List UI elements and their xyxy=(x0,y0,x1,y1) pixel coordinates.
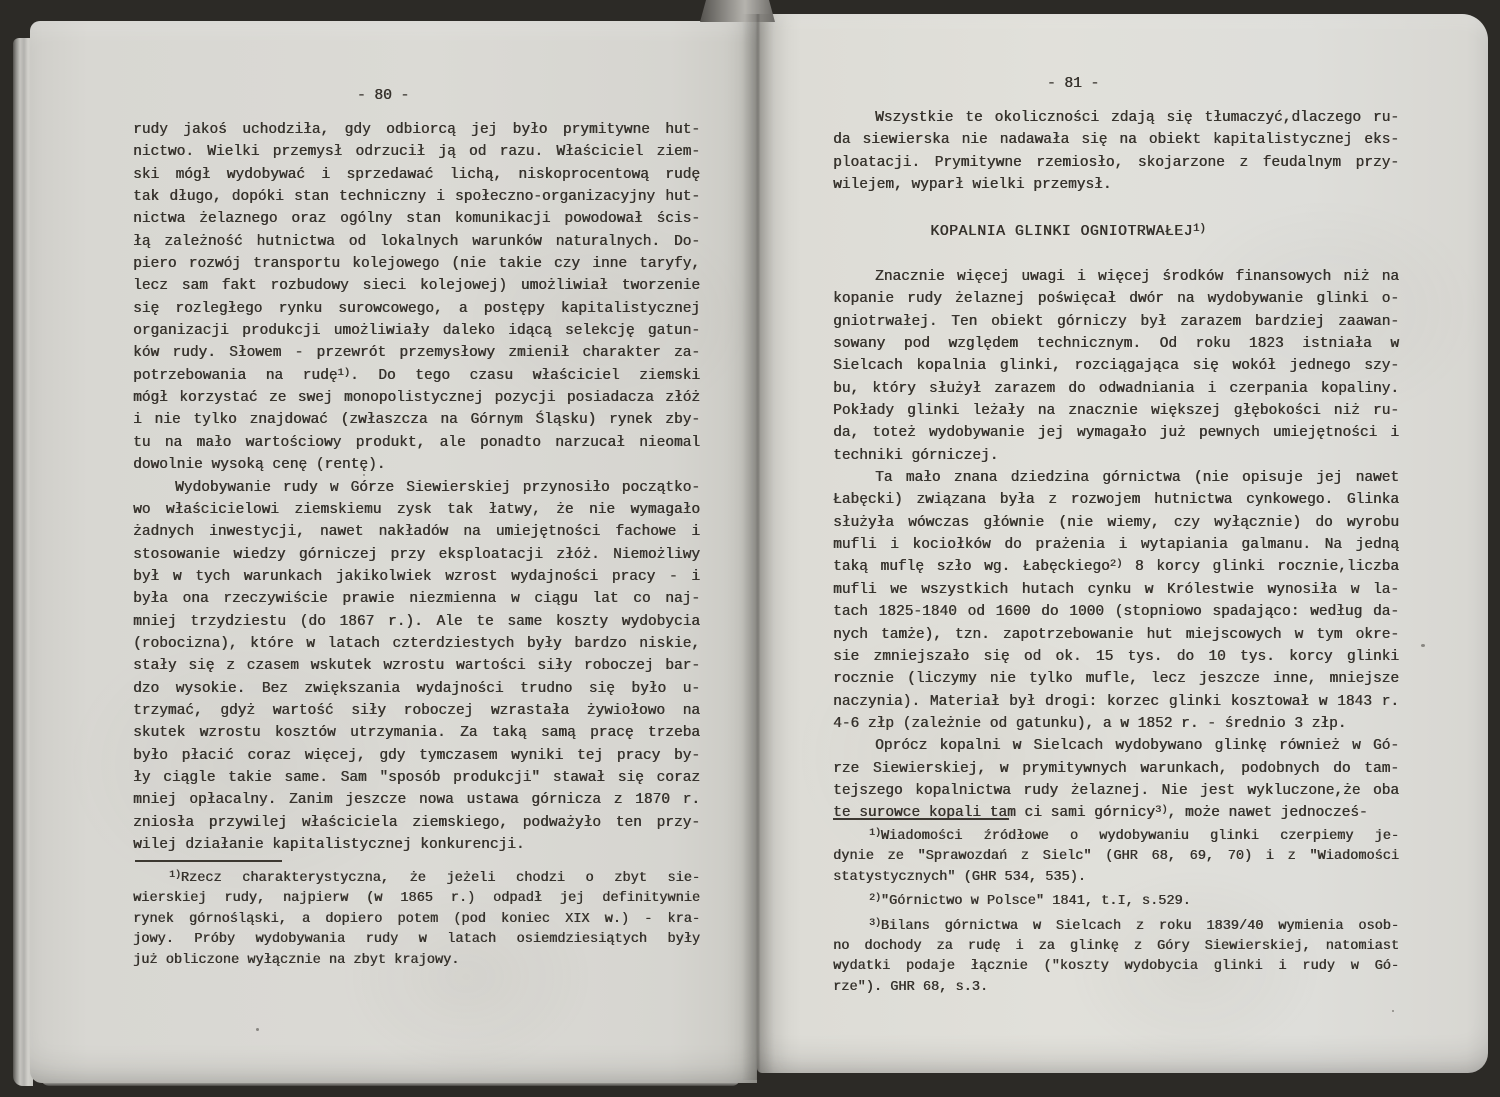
ink-speck xyxy=(1392,1010,1394,1012)
text-line: dzo wysokie. Bez zwiększania wydajności … xyxy=(133,678,700,700)
text-line: piero rozwój transportu kolejowego (nie … xyxy=(133,253,700,275)
text-line: ków rudy. Słowem - przewrót przemysłowy … xyxy=(133,342,700,364)
ink-speck xyxy=(363,474,365,476)
text-line: ploatacji. Prymitywne rzemiosło, skojarz… xyxy=(833,152,1399,174)
text-line: techniki górniczej. xyxy=(833,445,1399,467)
text-line: te surowce kopali tam ci sami górnicy3),… xyxy=(833,802,1399,824)
left-page-body: rudy jakoś uchodziła, gdy odbiorcą jej b… xyxy=(133,119,700,856)
text-line: mufli we wszystkich hutach cynku w Króle… xyxy=(833,579,1399,601)
text-line: jowy. Próby wydobywania rudy w latach os… xyxy=(133,930,700,950)
text-line: 3)Bilans górnictwa w Sielcach z roku 183… xyxy=(833,917,1399,937)
text-line: Oprócz kopalni w Sielcach wydobywano gli… xyxy=(833,735,1399,757)
text-line: taką muflę szło wg. Łabęckiego2) 8 korcy… xyxy=(833,556,1399,578)
text-line: trzymać, gdyż wartość siły roboczej wzra… xyxy=(133,700,700,722)
text-line: było płacić coraz więcej, gdy tymczasem … xyxy=(133,745,700,767)
text-line: rze"). GHR 68, s.3. xyxy=(833,978,1399,998)
book-spread-scan: - 80 - rudy jakoś uchodziła, gdy odbiorc… xyxy=(0,0,1500,1097)
text-line: lecz sam fakt rozbudowy sieci kolejowej)… xyxy=(133,275,700,297)
text-line: rze Siewierskiej, w prymitywnych warunka… xyxy=(833,758,1399,780)
text-line: dowolnie wysoką cenę (rentę). xyxy=(133,454,700,476)
right-footnote-separator xyxy=(833,818,1009,820)
text-line: tak długo, dopóki stan techniczny i społ… xyxy=(133,186,700,208)
text-line: nictwo. Wielki przemysł odrzucił ją od r… xyxy=(133,141,700,163)
text-line: potrzebowania na rudę1). Do tego czasu w… xyxy=(133,365,700,387)
text-line: mufli i kociołków do prażenia i wytapian… xyxy=(833,534,1399,556)
text-line: się rozległego rynku surowcowego, a post… xyxy=(133,298,700,320)
text-line: sowany pod względem technicznym. Od roku… xyxy=(833,333,1399,355)
paragraph: Wydobywanie rudy w Górze Siewierskiej pr… xyxy=(133,477,700,857)
text-line: organizacji produkcji umożliwiały daleko… xyxy=(133,320,700,342)
text-line: był w tych warunkach jakikolwiek wzrost … xyxy=(133,566,700,588)
ink-speck xyxy=(1421,644,1425,647)
text-line: dynie ze "Sprawozdań z Sielc" (GHR 68, 6… xyxy=(833,847,1399,867)
text-line: skutek wzrostu kosztów utrzymania. Za ta… xyxy=(133,722,700,744)
text-line: stosowanie wiedzy górniczej przy eksploa… xyxy=(133,544,700,566)
right-page-intro: Wszystkie te okoliczności zdają się tłum… xyxy=(833,107,1399,196)
text-line: rocznie (liczymy nie tylko mufle, lecz j… xyxy=(833,668,1399,690)
text-line: wydatki podaje łącznie ("koszty wydobyci… xyxy=(833,957,1399,977)
text-line: ły ciągle takie same. Sam "sposób produk… xyxy=(133,767,700,789)
text-line: Wydobywanie rudy w Górze Siewierskiej pr… xyxy=(133,477,700,499)
text-line: zniosła przywilej właściciela ziemskiego… xyxy=(133,812,700,834)
right-page-number: - 81 - xyxy=(833,76,1313,92)
text-line: rynek górnośląski, a dopiero potem (pod … xyxy=(133,910,700,930)
text-line: mógł korzystać ze swej monopolistycznej … xyxy=(133,387,700,409)
text-line: no dochody za rudę i za glinkę z Góry Si… xyxy=(833,937,1399,957)
text-line: gniotrwałej. Ten obiekt górniczy był zar… xyxy=(833,311,1399,333)
paragraph: 1)Wiadomości źródłowe o wydobywaniu glin… xyxy=(833,827,1399,888)
text-line: (robocizna), które w latach czterdziesty… xyxy=(133,633,700,655)
gutter-shadow xyxy=(742,14,774,1080)
paragraph: Ta mało znana dziedzina górnictwa (nie o… xyxy=(833,467,1399,735)
text-line: łą zależność hutnictwa od lokalnych waru… xyxy=(133,231,700,253)
text-line: da siewierska nie nadawała się na obiekt… xyxy=(833,129,1399,151)
left-page-number: - 80 - xyxy=(133,88,633,104)
text-line: naczynia). Materiał był drogi: korzec gl… xyxy=(833,691,1399,713)
text-line: tu na mało wartościowy produkt, ale pona… xyxy=(133,432,700,454)
text-line: tejszego kopalnictwa rudy żelaznej. Nie … xyxy=(833,780,1399,802)
text-line: i nie tylko znajdować (zwłaszcza na Górn… xyxy=(133,409,700,431)
text-line: była ona rzeczywiście prawie niezmienna … xyxy=(133,588,700,610)
text-line: wilejem, wyparł wielki przemysł. xyxy=(833,174,1399,196)
text-line: służyła wówczas głównie (nie wiemy, czy … xyxy=(833,512,1399,534)
text-line: nictwa żelaznego oraz ogólny stan komuni… xyxy=(133,208,700,230)
text-line: wierskiej rudy, najpierw (w 1865 r.) odp… xyxy=(133,889,700,909)
paragraph: Znacznie więcej uwagi i więcej środków f… xyxy=(833,266,1399,467)
right-page-footnotes: 1)Wiadomości źródłowe o wydobywaniu glin… xyxy=(833,827,1399,998)
left-page-footnotes: 1)Rzecz charakterystyczna, że jeżeli cho… xyxy=(133,869,700,971)
text-line: ski mógł wydobywać i sprzedawać lichą, n… xyxy=(133,164,700,186)
text-line: da, toteż wydobywanie jej wymagało już p… xyxy=(833,422,1399,444)
text-line: Pokłady glinki leżały na znacznie większ… xyxy=(833,400,1399,422)
text-line: Wszystkie te okoliczności zdają się tłum… xyxy=(833,107,1399,129)
text-line: wo właścicielowi ziemskiemu zysk tak łat… xyxy=(133,499,700,521)
text-line: nych tamże), tzn. zapotrzebowanie hut mi… xyxy=(833,624,1399,646)
ink-speck xyxy=(256,1028,259,1031)
left-footnote-separator xyxy=(135,860,282,862)
text-line: 2)"Górnictwo w Polsce" 1841, t.I, s.529. xyxy=(833,892,1399,912)
text-line: kopanie rudy żelaznej poświęcał dwór na … xyxy=(833,288,1399,310)
text-line: Sielcach kopalnia glinki, rozciągająca s… xyxy=(833,355,1399,377)
text-line: tach 1825-1840 od 1600 do 1000 (stopniow… xyxy=(833,601,1399,623)
text-line: bu, który służył zarazem do odwadniania … xyxy=(833,378,1399,400)
text-line: Ta mało znana dziedzina górnictwa (nie o… xyxy=(833,467,1399,489)
paragraph: Oprócz kopalni w Sielcach wydobywano gli… xyxy=(833,735,1399,824)
right-page-body: Znacznie więcej uwagi i więcej środków f… xyxy=(833,266,1399,825)
text-line: 4-6 złp (zależnie od gatunku), a w 1852 … xyxy=(833,713,1399,735)
text-line: statystycznych" (GHR 534, 535). xyxy=(833,868,1399,888)
text-line: mniej opłacalny. Zanim jeszcze nowa usta… xyxy=(133,789,700,811)
text-line: żadnych inwestycji, nawet nakładów na um… xyxy=(133,521,700,543)
section-heading: KOPALNIA GLINKI OGNIOTRWAŁEJ1) xyxy=(785,224,1351,240)
text-line: sie zmniejszało się od ok. 15 tys. do 10… xyxy=(833,646,1399,668)
text-line: już obliczone wyłącznie na zbyt krajowy. xyxy=(133,951,700,971)
text-line: wilej działanie kapitalistycznej konkure… xyxy=(133,834,700,856)
paragraph: rudy jakoś uchodziła, gdy odbiorcą jej b… xyxy=(133,119,700,477)
paragraph: 2)"Górnictwo w Polsce" 1841, t.I, s.529. xyxy=(833,892,1399,912)
text-line: rudy jakoś uchodziła, gdy odbiorcą jej b… xyxy=(133,119,700,141)
paragraph: 1)Rzecz charakterystyczna, że jeżeli cho… xyxy=(133,869,700,971)
paragraph: Wszystkie te okoliczności zdają się tłum… xyxy=(833,107,1399,196)
text-line: Łabęcki) związana była z rozwojem hutnic… xyxy=(833,489,1399,511)
text-line: mniej trzydziestu (do 1867 r.). Ale te s… xyxy=(133,611,700,633)
paragraph: 3)Bilans górnictwa w Sielcach z roku 183… xyxy=(833,917,1399,999)
text-line: Znacznie więcej uwagi i więcej środków f… xyxy=(833,266,1399,288)
text-line: 1)Rzecz charakterystyczna, że jeżeli cho… xyxy=(133,869,700,889)
text-line: 1)Wiadomości źródłowe o wydobywaniu glin… xyxy=(833,827,1399,847)
text-line: stały się z czasem wskutek wzrostu warto… xyxy=(133,655,700,677)
